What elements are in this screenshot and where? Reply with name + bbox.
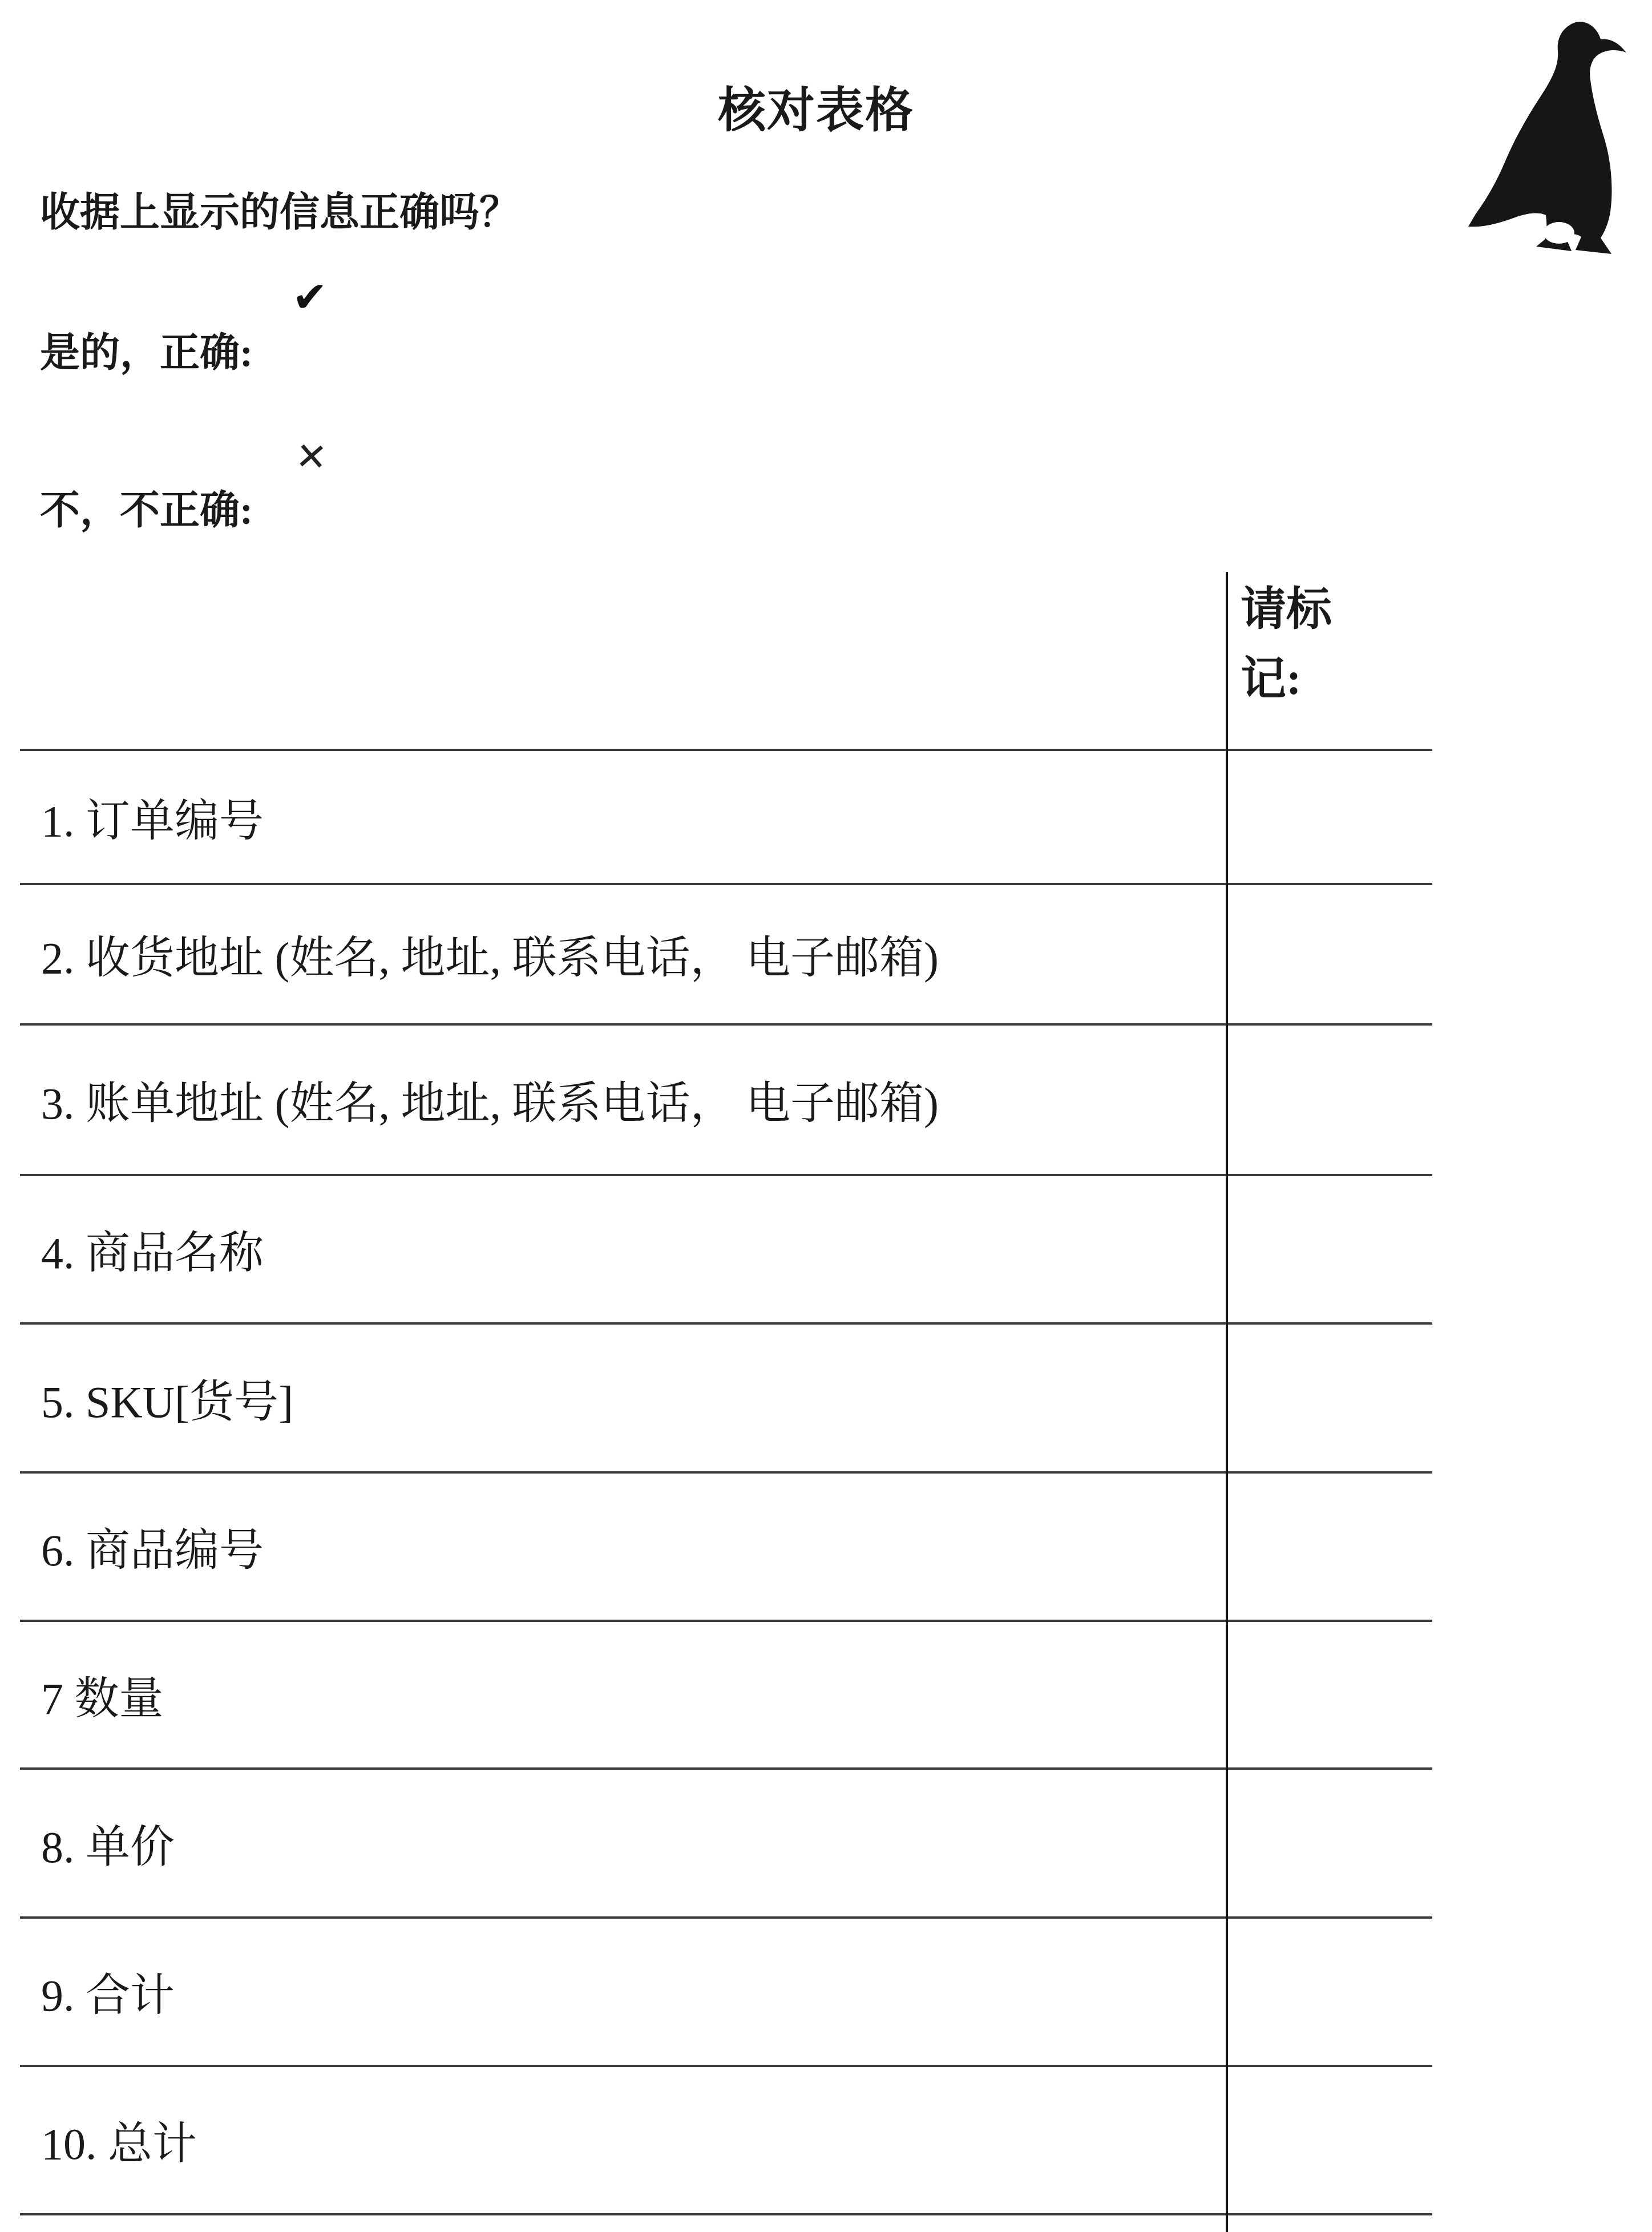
row-label: 6. 商品编号 <box>20 1474 1226 1620</box>
checklist-table: 请标记: 1. 订单编号 2. 收货地址 (姓名, 地址, 联系电话， 电子邮箱… <box>20 572 1432 2215</box>
row-label: 9. 合计 <box>20 1919 1226 2065</box>
table-row: 6. 商品编号 <box>20 1471 1432 1620</box>
checklist-document: 核对表格 收据上显示的信息正确吗？ 是的，正确: ✔ 不，不正确: ✕ 请标记:… <box>0 0 1652 2232</box>
header-spacer <box>20 572 1226 749</box>
mark-cell[interactable] <box>1226 1325 1432 1471</box>
mark-column-header-cell: 请标记: <box>1226 572 1432 749</box>
mark-cell[interactable] <box>1226 1622 1432 1767</box>
table-row: 8. 单价 <box>20 1767 1432 1916</box>
duck-icon <box>1462 16 1633 276</box>
row-label: 2. 收货地址 (姓名, 地址, 联系电话， 电子邮箱) <box>20 885 1226 1023</box>
row-label: 7 数量 <box>20 1622 1226 1767</box>
yes-correct-label: 是的，正确: <box>40 321 253 378</box>
mark-cell[interactable] <box>1226 1474 1432 1620</box>
mark-column-header: 请标记: <box>1241 575 1342 714</box>
table-vertical-divider <box>1226 572 1228 2232</box>
table-header-row: 请标记: <box>20 572 1432 749</box>
mark-cell[interactable] <box>1226 751 1432 883</box>
question-text: 收据上显示的信息正确吗？ <box>40 180 519 238</box>
row-label: 1. 订单编号 <box>20 751 1226 883</box>
page-title: 核对表格 <box>599 72 1033 141</box>
mark-cell[interactable] <box>1226 1919 1432 2065</box>
mark-cell[interactable] <box>1226 1770 1432 1916</box>
row-label: 4. 商品名称 <box>20 1176 1226 1322</box>
table-row: 9. 合计 <box>20 1916 1432 2065</box>
table-row: 10. 总计 <box>20 2065 1432 2215</box>
row-label: 5. SKU[货号] <box>20 1325 1226 1471</box>
mark-cell[interactable] <box>1226 1026 1432 1174</box>
mark-cell[interactable] <box>1226 2067 1432 2213</box>
table-row: 1. 订单编号 <box>20 749 1432 883</box>
row-label: 3. 账单地址 (姓名, 地址, 联系电话， 电子邮箱) <box>20 1026 1226 1174</box>
x-icon: ✕ <box>294 434 329 480</box>
mark-cell[interactable] <box>1226 885 1432 1023</box>
table-row: 5. SKU[货号] <box>20 1322 1432 1471</box>
table-row: 3. 账单地址 (姓名, 地址, 联系电话， 电子邮箱) <box>20 1023 1432 1174</box>
table-row: 4. 商品名称 <box>20 1174 1432 1322</box>
row-label: 10. 总计 <box>20 2067 1226 2213</box>
check-icon: ✔ <box>292 273 328 322</box>
mark-cell[interactable] <box>1226 1176 1432 1322</box>
row-label: 8. 单价 <box>20 1770 1226 1916</box>
table-row: 2. 收货地址 (姓名, 地址, 联系电话， 电子邮箱) <box>20 883 1432 1023</box>
table-row: 7 数量 <box>20 1620 1432 1767</box>
no-incorrect-label: 不，不正确: <box>40 478 253 536</box>
